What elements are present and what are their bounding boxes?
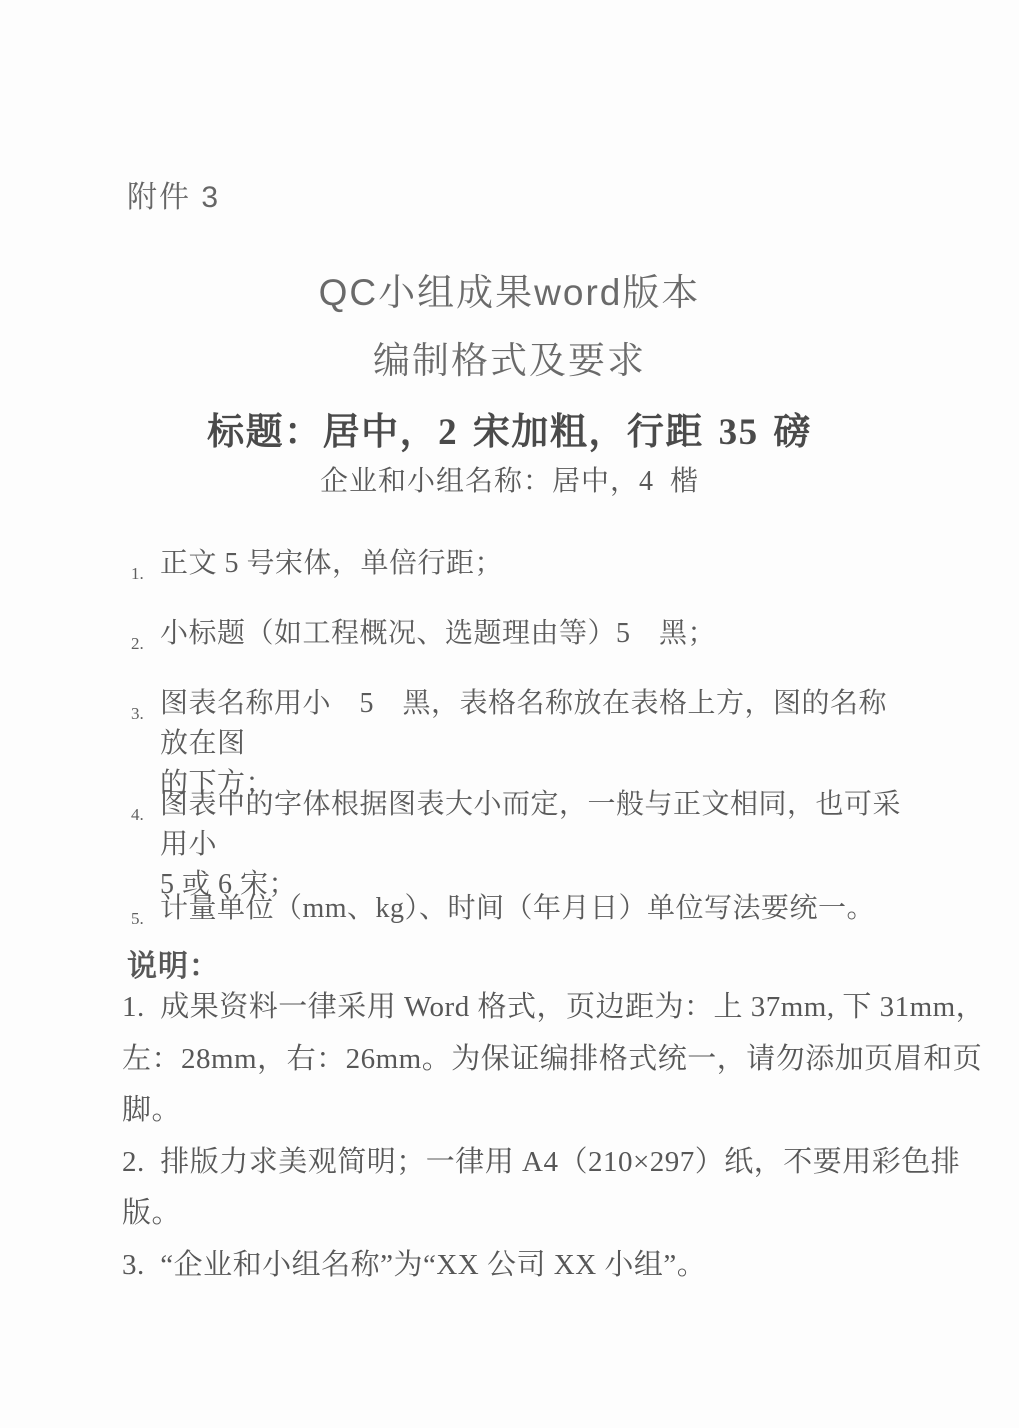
list-item-number: 1. <box>131 554 144 594</box>
notes-heading: 说明： <box>127 941 220 985</box>
note-line: 脚。 <box>122 1085 952 1137</box>
list-item-text: 正文 5 号宋体，单倍行距； <box>160 544 902 584</box>
attachment-label: 附件 3 <box>127 172 220 216</box>
list-item-text: 计量单位（mm、kg）、时间（年月日）单位写法要统一。 <box>160 889 902 929</box>
requirement-item-2: 2. 小标题（如工程概况、选题理由等）5 黑； <box>127 614 902 654</box>
doc-title-line2: 编制格式及要求 <box>0 330 1019 384</box>
doc-title-line1: QC小组成果word版本 <box>0 262 1019 316</box>
note-line: 1. 成果资料一律采用 Word 格式，页边距为：上 37mm, 下 31mm， <box>122 982 952 1034</box>
title-format-heading: 标题：居中，2 宋加粗，行距 35 磅 <box>0 401 1019 455</box>
list-item-text: 小标题（如工程概况、选题理由等）5 黑； <box>160 614 902 654</box>
requirement-item-1: 1. 正文 5 号宋体，单倍行距； <box>127 544 902 584</box>
list-item-text: 图表名称用小 5 黑，表格名称放在表格上方，图的名称放在图 <box>160 684 902 764</box>
requirement-item-4: 4. 图表中的字体根据图表大小而定，一般与正文相同，也可采用小 5 或 6 宋； <box>127 785 902 905</box>
list-item-number: 2. <box>131 624 144 664</box>
group-name-note: 企业和小组名称：居中，4 楷 <box>0 459 1019 499</box>
note-line: 3. “企业和小组名称”为“XX 公司 XX 小组”。 <box>122 1240 952 1292</box>
note-line: 左：28mm，右：26mm。为保证编排格式统一，请勿添加页眉和页 <box>122 1034 952 1086</box>
list-item-number: 3. <box>131 694 144 734</box>
notes-section: 1. 成果资料一律采用 Word 格式，页边距为：上 37mm, 下 31mm，… <box>122 982 952 1291</box>
document-page: 附件 3 QC小组成果word版本 编制格式及要求 标题：居中，2 宋加粗，行距… <box>0 0 1019 1428</box>
requirement-item-5: 5. 计量单位（mm、kg）、时间（年月日）单位写法要统一。 <box>127 889 902 929</box>
note-line: 2. 排版力求美观简明；一律用 A4（210×297）纸，不要用彩色排 <box>122 1137 952 1189</box>
note-line: 版。 <box>122 1188 952 1240</box>
list-item-text: 图表中的字体根据图表大小而定，一般与正文相同，也可采用小 <box>160 785 902 865</box>
list-item-number: 4. <box>131 795 144 835</box>
list-item-number: 5. <box>131 899 144 939</box>
